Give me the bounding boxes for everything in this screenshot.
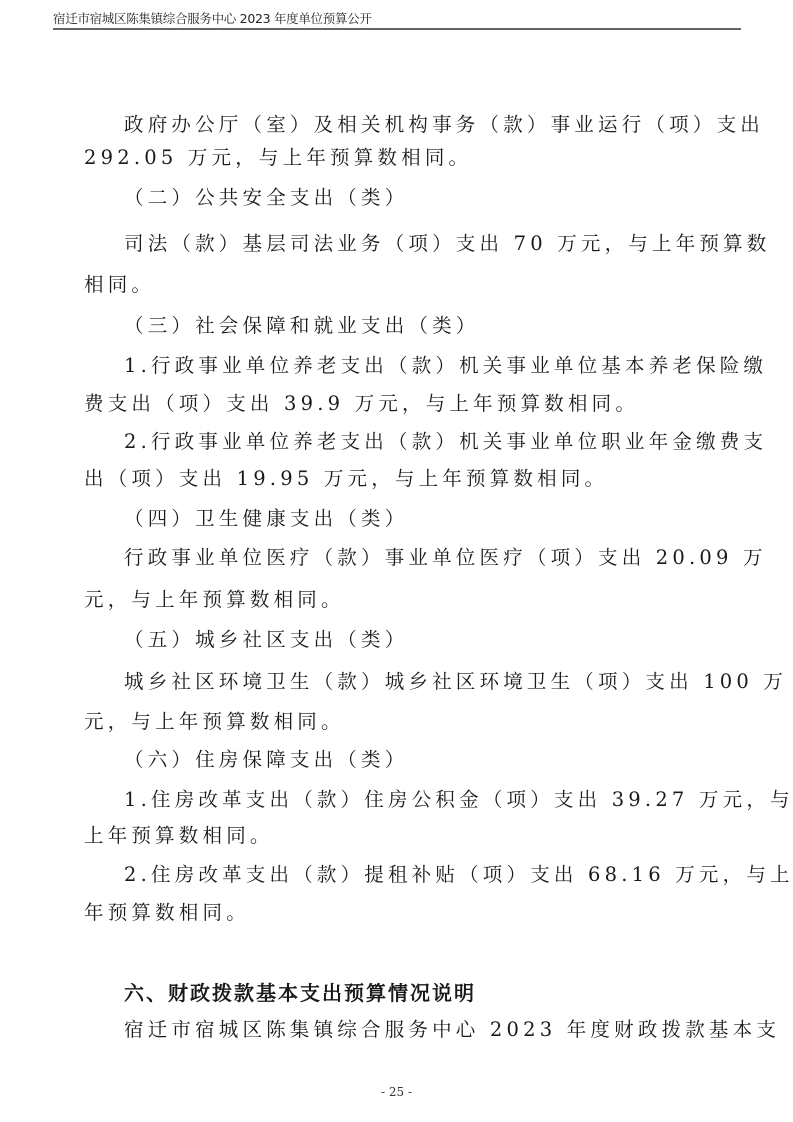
text-line: 城乡社区环境卫生（款）城乡社区环境卫生（项）支出 100 万 (124, 667, 704, 697)
text-line: 年预算数相同。 (84, 898, 704, 928)
section-heading: 六、财政拨款基本支出预算情况说明 (124, 978, 704, 1008)
text-line: 292.05 万元，与上年预算数相同。 (84, 143, 704, 173)
header-divider (53, 28, 741, 30)
text-line: 元，与上年预算数相同。 (84, 585, 704, 615)
text-line: 元，与上年预算数相同。 (84, 707, 704, 737)
page-number: - 25 - (0, 1085, 793, 1099)
text-line: 宿迁市宿城区陈集镇综合服务中心 2023 年度财政拨款基本支 (124, 1015, 704, 1045)
section-subheading: （六）住房保障支出（类） (124, 745, 704, 775)
section-subheading: （四）卫生健康支出（类） (124, 504, 704, 534)
section-subheading: （二）公共安全支出（类） (124, 183, 704, 213)
page-header: 宿迁市宿城区陈集镇综合服务中心 2023 年度单位预算公开 (53, 8, 741, 30)
text-line: 2.行政事业单位养老支出（款）机关事业单位职业年金缴费支 (124, 427, 704, 457)
text-line: 1.住房改革支出（款）住房公积金（项）支出 39.27 万元，与 (124, 785, 704, 815)
header-title: 宿迁市宿城区陈集镇综合服务中心 2023 年度单位预算公开 (53, 9, 372, 27)
text-line: 司法（款）基层司法业务（项）支出 70 万元，与上年预算数 (124, 229, 704, 259)
text-line: 2.住房改革支出（款）提租补贴（项）支出 68.16 万元，与上 (124, 860, 704, 890)
section-subheading: （三）社会保障和就业支出（类） (124, 311, 704, 341)
text-line: 行政事业单位医疗（款）事业单位医疗（项）支出 20.09 万 (124, 543, 704, 573)
text-line: 上年预算数相同。 (84, 821, 704, 851)
text-line: 政府办公厅（室）及相关机构事务（款）事业运行（项）支出 (124, 110, 704, 140)
text-line: 相同。 (84, 270, 704, 300)
text-line: 1.行政事业单位养老支出（款）机关事业单位基本养老保险缴 (124, 351, 704, 381)
section-subheading: （五）城乡社区支出（类） (124, 625, 704, 655)
text-line: 出（项）支出 19.95 万元，与上年预算数相同。 (84, 464, 704, 494)
text-line: 费支出（项）支出 39.9 万元，与上年预算数相同。 (84, 389, 704, 419)
